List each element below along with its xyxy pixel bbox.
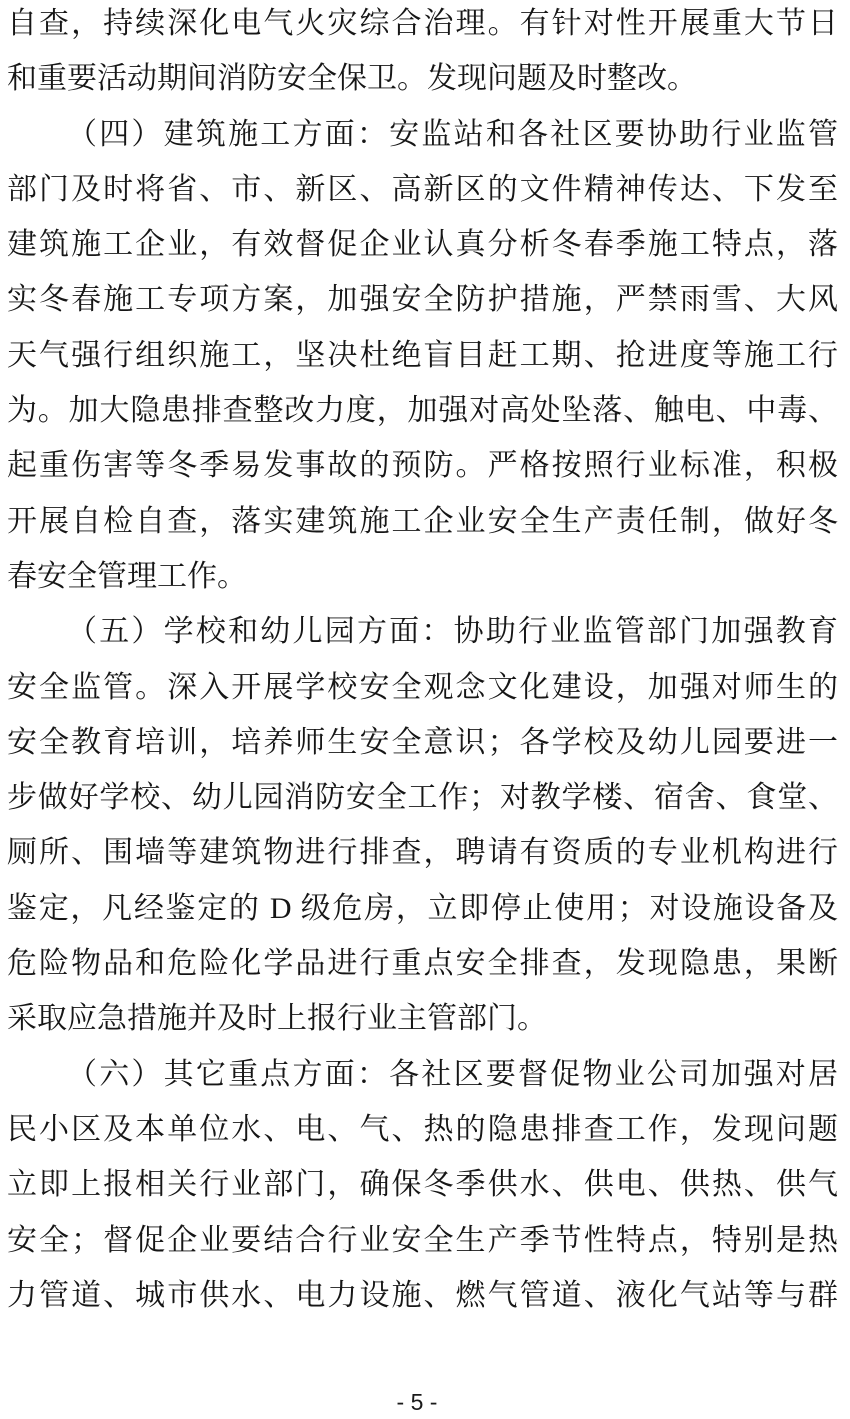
text-line: 自查，持续深化电气火灾综合治理。有针对性开展重大节日 — [7, 0, 838, 51]
section-heading-line: （五）学校和幼儿园方面：协助行业监管部门加强教育 — [7, 604, 838, 659]
text-line: 厕所、围墙等建筑物进行排查，聘请有资质的专业机构进行 — [7, 825, 838, 880]
text-line: 安全教育培训，培养师生安全意识；各学校及幼儿园要进一 — [7, 715, 838, 770]
text-line: 春安全管理工作。 — [7, 549, 838, 604]
text-line: 部门及时将省、市、新区、高新区的文件精神传达、下发至 — [7, 162, 838, 217]
document-page: 自查，持续深化电气火灾综合治理。有针对性开展重大节日 和重要活动期间消防安全保卫… — [0, 0, 850, 1419]
text-line: 步做好学校、幼儿园消防安全工作；对教学楼、宿舍、食堂、 — [7, 770, 838, 825]
text-line: 危险物品和危险化学品进行重点安全排查，发现隐患，果断 — [7, 936, 838, 991]
text-line: 安全；督促企业要结合行业安全生产季节性特点，特别是热 — [7, 1213, 838, 1268]
text-line: 力管道、城市供水、电力设施、燃气管道、液化气站等与群 — [7, 1268, 838, 1323]
text-line: 建筑施工企业，有效督促企业认真分析冬春季施工特点，落 — [7, 217, 838, 272]
text-line: 和重要活动期间消防安全保卫。发现问题及时整改。 — [7, 51, 838, 106]
text-line: 安全监管。深入开展学校安全观念文化建设，加强对师生的 — [7, 660, 838, 715]
text-line: 实冬春施工专项方案，加强安全防护措施，严禁雨雪、大风 — [7, 272, 838, 327]
text-line: 民小区及本单位水、电、气、热的隐患排查工作，发现问题 — [7, 1102, 838, 1157]
section-heading-line: （四）建筑施工方面：安监站和各社区要协助行业监管 — [7, 107, 838, 162]
page-number: - 5 - — [0, 1388, 834, 1416]
document-body: 自查，持续深化电气火灾综合治理。有针对性开展重大节日 和重要活动期间消防安全保卫… — [7, 0, 838, 1323]
text-line: 起重伤害等冬季易发事故的预防。严格按照行业标准，积极 — [7, 438, 838, 493]
section-heading-line: （六）其它重点方面：各社区要督促物业公司加强对居 — [7, 1047, 838, 1102]
text-line: 为。加大隐患排查整改力度，加强对高处坠落、触电、中毒、 — [7, 383, 838, 438]
text-line: 鉴定，凡经鉴定的 D 级危房，立即停止使用；对设施设备及 — [7, 881, 838, 936]
text-line: 立即上报相关行业部门，确保冬季供水、供电、供热、供气 — [7, 1157, 838, 1212]
text-line: 开展自检自查，落实建筑施工企业安全生产责任制，做好冬 — [7, 494, 838, 549]
text-line: 天气强行组织施工，坚决杜绝盲目赶工期、抢进度等施工行 — [7, 328, 838, 383]
text-line: 采取应急措施并及时上报行业主管部门。 — [7, 991, 838, 1046]
